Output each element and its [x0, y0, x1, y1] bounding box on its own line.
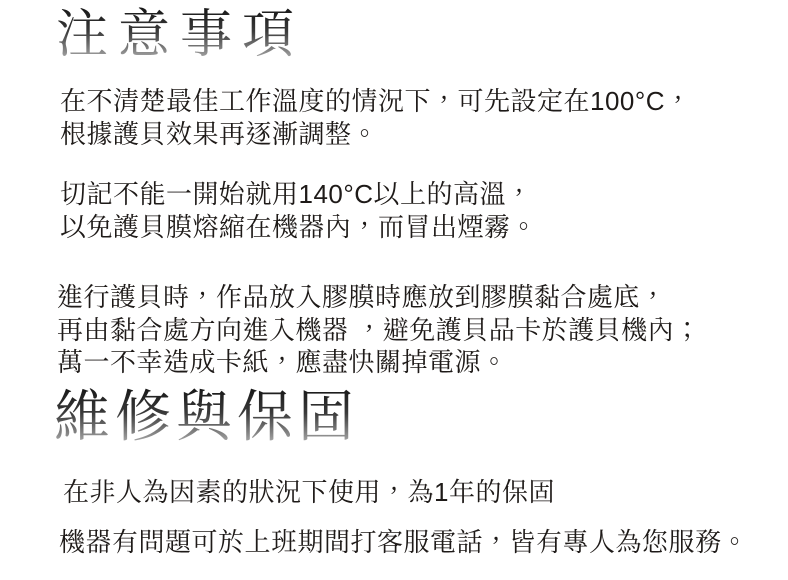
- text-line: 在非人為因素的狀況下使用，為1年的保固: [63, 476, 555, 509]
- paragraph-temperature-setting: 在不清楚最佳工作溫度的情況下，可先設定在100°C， 根據護貝效果再逐漸調整。: [60, 85, 692, 150]
- paragraph-feeding-and-jam: 進行護貝時，作品放入膠膜時應放到膠膜黏合處底， 再由黏合處方向進入機器 ，避免護…: [57, 281, 701, 379]
- text-line: 在不清楚最佳工作溫度的情況下，可先設定在100°C，: [60, 85, 692, 118]
- text-line: 進行護貝時，作品放入膠膜時應放到膠膜黏合處底，: [57, 281, 701, 314]
- text-line: 再由黏合處方向進入機器 ，避免護貝品卡於護貝機內；: [57, 314, 701, 347]
- paragraph-warranty-term: 在非人為因素的狀況下使用，為1年的保固: [63, 476, 555, 509]
- section-heading-warranty: 維修與保固: [54, 386, 359, 450]
- paragraph-customer-service: 機器有問題可於上班期間打客服電話，皆有專人為您服務。: [59, 526, 748, 559]
- paragraph-high-temp-caution: 切記不能一開始就用140°C以上的高溫， 以免護貝膜熔縮在機器內，而冒出煙霧。: [60, 178, 537, 243]
- section-heading-notices: 注意事項: [56, 6, 304, 66]
- text-line: 機器有問題可於上班期間打客服電話，皆有專人為您服務。: [59, 526, 748, 559]
- text-line: 切記不能一開始就用140°C以上的高溫，: [60, 178, 537, 211]
- instruction-page: 注意事項 在不清楚最佳工作溫度的情況下，可先設定在100°C， 根據護貝效果再逐…: [0, 0, 788, 580]
- text-line: 以免護貝膜熔縮在機器內，而冒出煙霧。: [60, 211, 537, 244]
- text-line: 萬一不幸造成卡紙，應盡快關掉電源。: [57, 346, 701, 379]
- text-line: 根據護貝效果再逐漸調整。: [60, 118, 692, 151]
